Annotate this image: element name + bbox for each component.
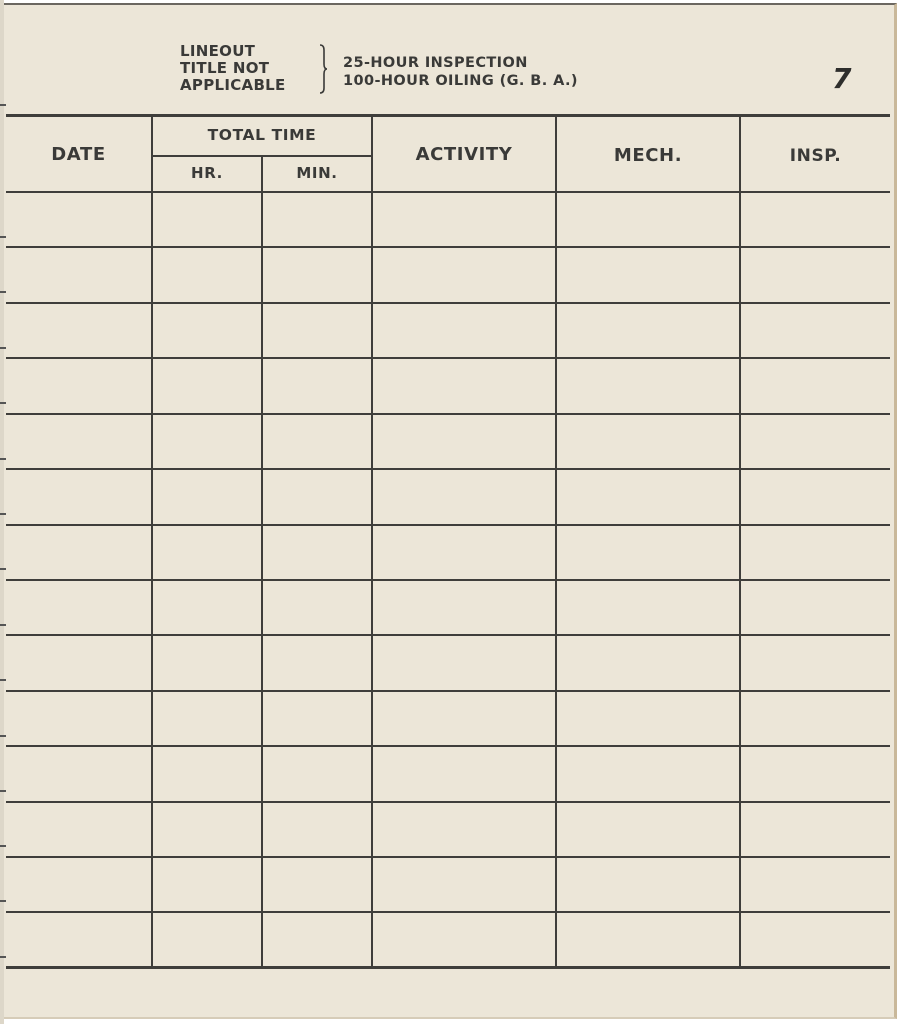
row-line — [6, 745, 890, 747]
table-top-rule — [6, 114, 890, 117]
column-header-total-time: TOTAL TIME — [153, 126, 371, 144]
row-line — [6, 856, 890, 858]
binding-tick — [0, 956, 6, 958]
row-line — [6, 801, 890, 803]
binding-tick — [0, 790, 6, 792]
col-divider-mech — [739, 117, 741, 967]
row-line — [6, 357, 890, 359]
binding-tick — [0, 347, 6, 349]
lineout-line: APPLICABLE — [180, 77, 286, 94]
row-line — [6, 302, 890, 304]
binding-tick — [0, 679, 6, 681]
inspection-title: 25-HOUR INSPECTION 100-HOUR OILING (G. B… — [343, 54, 578, 90]
binding-tick — [0, 568, 6, 570]
binding-tick — [0, 624, 6, 626]
col-divider-activity — [555, 117, 557, 967]
column-header-hr: HR. — [153, 164, 261, 182]
page-number: 7 — [832, 62, 851, 95]
row-line — [6, 911, 890, 913]
lineout-line: TITLE NOT — [180, 60, 286, 77]
binding-tick — [0, 402, 6, 404]
inspection-line: 25-HOUR INSPECTION — [343, 54, 578, 72]
binding-tick — [0, 845, 6, 847]
row-line — [6, 690, 890, 692]
row-line — [6, 524, 890, 526]
col-divider-min — [371, 115, 373, 967]
binding-tick — [0, 458, 6, 460]
binding-tick — [0, 236, 6, 238]
col-divider-date — [151, 115, 153, 967]
column-header-min: MIN. — [263, 164, 371, 182]
binding-tick — [0, 735, 6, 737]
column-header-mech: MECH. — [557, 145, 739, 166]
row-line — [6, 468, 890, 470]
col-divider-hr — [261, 156, 263, 967]
row-line — [6, 634, 890, 636]
binding-tick — [0, 104, 6, 106]
column-header-activity: ACTIVITY — [373, 144, 555, 165]
binding-tick — [0, 291, 6, 293]
column-header-date: DATE — [6, 144, 151, 165]
table-bottom-rule — [6, 966, 890, 969]
column-header-insp: INSP. — [741, 146, 890, 166]
binding-tick — [0, 513, 6, 515]
curly-brace-icon — [318, 44, 328, 94]
lineout-note: LINEOUT TITLE NOT APPLICABLE — [180, 43, 286, 94]
row-line — [6, 413, 890, 415]
binding-tick — [0, 900, 6, 902]
row-line — [6, 246, 890, 248]
header-bottom-rule — [6, 191, 890, 193]
oiling-line: 100-HOUR OILING (G. B. A.) — [343, 72, 578, 90]
row-line — [6, 579, 890, 581]
lineout-line: LINEOUT — [180, 43, 286, 60]
